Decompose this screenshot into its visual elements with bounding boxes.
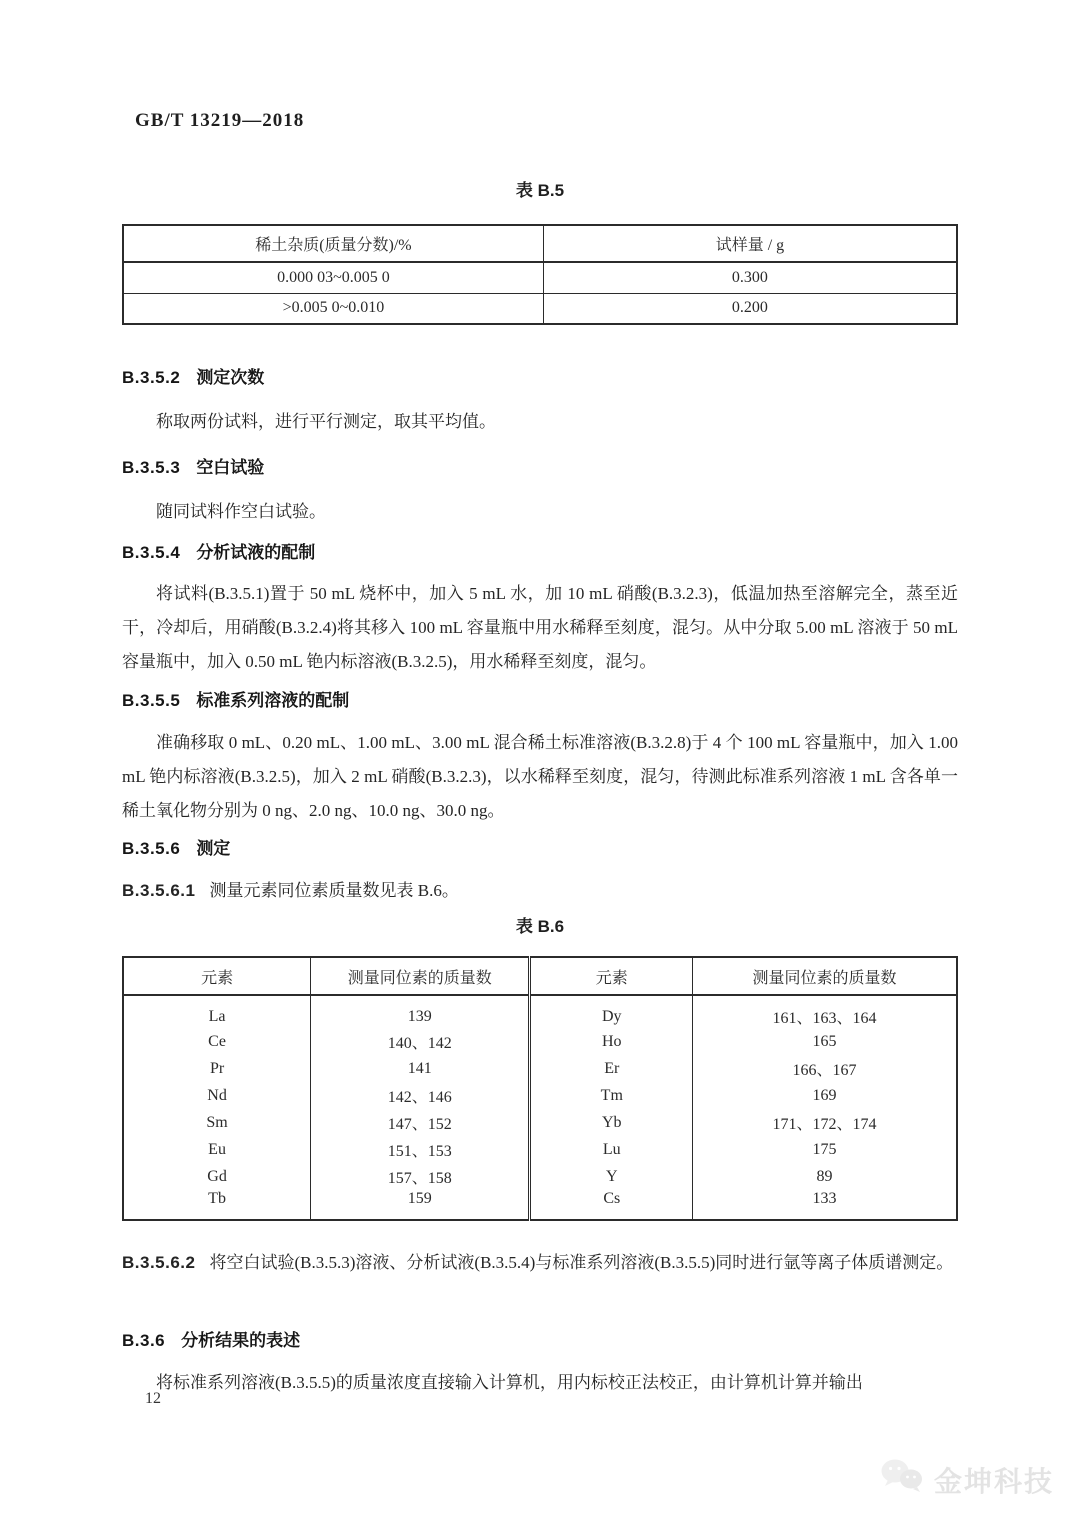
column-header: 测量同位素的质量数: [693, 957, 957, 995]
section-heading-b36: B.3.6分析结果的表述: [122, 1326, 958, 1351]
table-cell: 169: [693, 1082, 957, 1109]
table-cell: 140、142: [311, 1028, 530, 1055]
table-cell: Pr: [123, 1055, 311, 1082]
table-row: Gd 157、158 Y 89: [123, 1163, 957, 1190]
paragraph-b355: 准确移取 0 mL、0.20 mL、1.00 mL、3.00 mL 混合稀土标准…: [122, 726, 958, 828]
section-heading-b352: B.3.5.2测定次数: [122, 363, 958, 388]
clause-number: B.3.5.2: [122, 368, 180, 387]
table-row: Ce 140、142 Ho 165: [123, 1028, 957, 1055]
table-row: Eu 151、153 Lu 175: [123, 1136, 957, 1163]
table-row: Pr 141 Er 166、167: [123, 1055, 957, 1082]
clause-number: B.3.5.6.1: [122, 881, 196, 900]
table-cell: 89: [693, 1163, 957, 1190]
table-cell: Tb: [123, 1190, 311, 1220]
clause-title: 分析结果的表述: [181, 1331, 300, 1350]
table-cell: 157、158: [311, 1163, 530, 1190]
table-cell: 161、163、164: [693, 995, 957, 1028]
wechat-icon: [880, 1458, 926, 1501]
table-cell: 0.200: [543, 293, 957, 324]
table-cell: 147、152: [311, 1109, 530, 1136]
table-cell: Dy: [530, 995, 693, 1028]
column-header: 元素: [530, 957, 693, 995]
table-cell: 0.000 03~0.005 0: [123, 262, 543, 293]
clause-number: B.3.5.5: [122, 691, 180, 710]
table-row: >0.005 0~0.010 0.200: [123, 293, 957, 324]
table-b5-header-row: 稀土杂质(质量分数)/% 试样量 / g: [123, 225, 957, 262]
standard-number: GB/T 13219—2018: [135, 110, 304, 132]
table-cell: 141: [311, 1055, 530, 1082]
table-cell: Lu: [530, 1136, 693, 1163]
table-row: La 139 Dy 161、163、164: [123, 995, 957, 1028]
table-cell: 159: [311, 1190, 530, 1220]
table-cell: Cs: [530, 1190, 693, 1220]
paragraph-b3561: B.3.5.6.1测量元素同位素质量数见表 B.6。: [122, 874, 958, 908]
table-row: Sm 147、152 Yb 171、172、174: [123, 1109, 957, 1136]
clause-number: B.3.5.3: [122, 458, 180, 477]
table-cell: Er: [530, 1055, 693, 1082]
clause-number: B.3.5.4: [122, 543, 180, 562]
table-cell: 0.300: [543, 262, 957, 293]
paragraph-b352: 称取两份试料，进行平行测定，取其平均值。: [122, 405, 958, 439]
paragraph-b3562: B.3.5.6.2将空白试验(B.3.5.3)溶液、分析试液(B.3.5.4)与…: [122, 1246, 958, 1280]
table-cell: Gd: [123, 1163, 311, 1190]
table-cell: 139: [311, 995, 530, 1028]
document-page: GB/T 13219—2018 表 B.5 稀土杂质(质量分数)/% 试样量 /…: [0, 0, 1080, 1528]
table-b5-caption: 表 B.5: [122, 176, 958, 201]
table-cell: Tm: [530, 1082, 693, 1109]
clause-title: 空白试验: [196, 458, 264, 477]
clause-text: 测量元素同位素质量数见表 B.6。: [210, 881, 459, 900]
column-header: 测量同位素的质量数: [311, 957, 530, 995]
column-header: 试样量 / g: [543, 225, 957, 262]
table-cell: 171、172、174: [693, 1109, 957, 1136]
table-cell: 165: [693, 1028, 957, 1055]
table-b6-caption: 表 B.6: [122, 912, 958, 937]
watermark-brand: 金坤科技: [934, 1460, 1054, 1500]
paragraph-b353: 随同试料作空白试验。: [122, 495, 958, 529]
table-cell: 142、146: [311, 1082, 530, 1109]
section-heading-b353: B.3.5.3空白试验: [122, 453, 958, 478]
table-cell: Eu: [123, 1136, 311, 1163]
table-cell: Y: [530, 1163, 693, 1190]
watermark: 金坤科技: [880, 1458, 1054, 1501]
section-heading-b355: B.3.5.5标准系列溶液的配制: [122, 686, 958, 711]
table-cell: La: [123, 995, 311, 1028]
table-cell: Sm: [123, 1109, 311, 1136]
table-row: Tb 159 Cs 133: [123, 1190, 957, 1220]
table-b6: 元素 测量同位素的质量数 元素 测量同位素的质量数 La 139 Dy 161、…: [122, 956, 958, 1221]
clause-title: 测定: [196, 839, 230, 858]
clause-text: 将空白试验(B.3.5.3)溶液、分析试液(B.3.5.4)与标准系列溶液(B.…: [210, 1253, 954, 1272]
column-header: 元素: [123, 957, 311, 995]
table-row: Nd 142、146 Tm 169: [123, 1082, 957, 1109]
table-cell: Ho: [530, 1028, 693, 1055]
table-b5: 稀土杂质(质量分数)/% 试样量 / g 0.000 03~0.005 0 0.…: [122, 224, 958, 325]
table-cell: 175: [693, 1136, 957, 1163]
section-heading-b354: B.3.5.4分析试液的配制: [122, 538, 958, 563]
clause-number: B.3.5.6: [122, 839, 180, 858]
column-header: 稀土杂质(质量分数)/%: [123, 225, 543, 262]
paragraph-b36: 将标准系列溶液(B.3.5.5)的质量浓度直接输入计算机，用内标校正法校正，由计…: [122, 1366, 958, 1400]
table-cell: 151、153: [311, 1136, 530, 1163]
table-cell: Ce: [123, 1028, 311, 1055]
table-cell: 166、167: [693, 1055, 957, 1082]
table-cell: Yb: [530, 1109, 693, 1136]
table-cell: Nd: [123, 1082, 311, 1109]
table-b6-header-row: 元素 测量同位素的质量数 元素 测量同位素的质量数: [123, 957, 957, 995]
clause-title: 分析试液的配制: [196, 543, 315, 562]
section-heading-b356: B.3.5.6测定: [122, 834, 958, 859]
page-number: 12: [145, 1390, 161, 1408]
clause-number: B.3.6: [122, 1331, 165, 1350]
table-row: 0.000 03~0.005 0 0.300: [123, 262, 957, 293]
paragraph-b354: 将试料(B.3.5.1)置于 50 mL 烧杯中，加入 5 mL 水，加 10 …: [122, 577, 958, 679]
clause-title: 测定次数: [196, 368, 264, 387]
clause-number: B.3.5.6.2: [122, 1253, 196, 1272]
table-cell: >0.005 0~0.010: [123, 293, 543, 324]
clause-title: 标准系列溶液的配制: [196, 691, 349, 710]
table-cell: 133: [693, 1190, 957, 1220]
